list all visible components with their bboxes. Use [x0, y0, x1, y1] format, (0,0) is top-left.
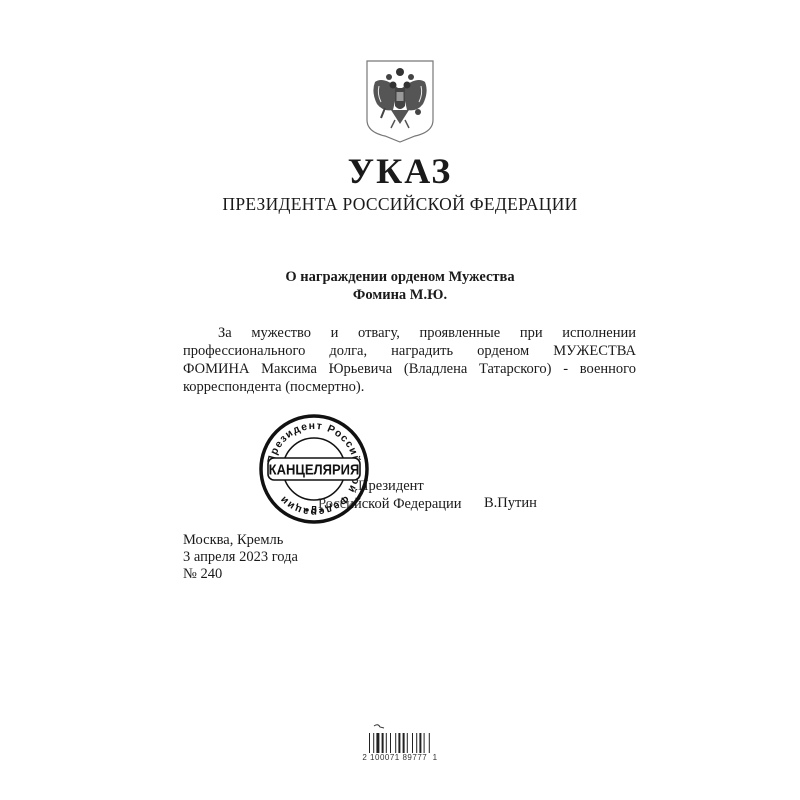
stamp-center-text: КАНЦЕЛЯРИЯ: [269, 462, 360, 478]
decree-subtitle: ПРЕЗИДЕНТА РОССИЙСКОЙ ФЕДЕРАЦИИ: [0, 194, 800, 215]
body-line: За мужество и отвагу, проявленные при ис…: [183, 324, 636, 342]
place: Москва, Кремль: [183, 532, 298, 549]
signatory-name: В.Путин: [484, 495, 537, 512]
barcode-digits: 2 100071 89777 1: [350, 753, 450, 762]
stamp-number: • 5 •: [305, 505, 324, 516]
heading-line-1: О награждении орденом Мужества: [0, 268, 800, 286]
date: 3 апреля 2023 года: [183, 549, 298, 566]
heading-line-2: Фомина М.Ю.: [0, 286, 800, 304]
decree-number: № 240: [183, 566, 298, 583]
decree-title: УКАЗ: [0, 150, 800, 192]
body-line: корреспондента (посмертно).: [183, 378, 636, 396]
body-line: профессионального долга, наградить орден…: [183, 342, 636, 360]
coat-of-arms-emblem: [363, 58, 437, 144]
place-and-date: Москва, Кремль 3 апреля 2023 года № 240: [183, 532, 298, 583]
decree-body: За мужество и отвагу, проявленные при ис…: [183, 324, 636, 396]
decree-heading: О награждении орденом Мужества Фомина М.…: [0, 268, 800, 304]
body-line: ФОМИНА Максима Юрьевича (Владлена Татарс…: [183, 360, 636, 378]
official-stamp: Президент Российской Федерации КАНЦЕЛЯРИ…: [258, 413, 370, 525]
barcode: [366, 724, 436, 754]
